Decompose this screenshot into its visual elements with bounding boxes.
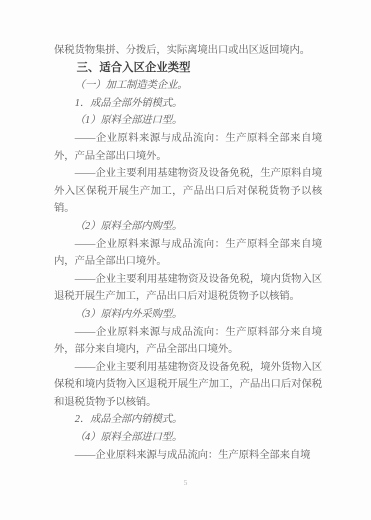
paragraph: （2）原料全部内购型。 xyxy=(54,218,322,236)
paragraph: 保税货物集拼、分拨后，实际离境出口或出区返回境内。 xyxy=(54,42,322,60)
paragraph: ——企业原料来源与成品流向：生产原料部分来自境外，部分来自境内，产品全部出口境外… xyxy=(54,324,322,359)
paragraph: ——企业主要利用基建物资及设备免税，生产原料自境外入区保税开展生产加工，产品出口… xyxy=(54,165,322,218)
page-number: 5 xyxy=(184,478,188,487)
paragraph: 2．成品全部内销模式。 xyxy=(54,411,322,429)
paragraph: （1）原料全部进口型。 xyxy=(54,112,322,130)
paragraph: （4）原料全部进口型。 xyxy=(54,429,322,447)
paragraph: 1．成品全部外销模式。 xyxy=(54,95,322,113)
page-footer: 5 xyxy=(0,478,371,487)
document-text: 保税货物集拼、分拨后，实际离境出口或出区返回境内。三、适合入区企业类型（一）加工… xyxy=(54,42,322,464)
document-page: 保税货物集拼、分拨后，实际离境出口或出区返回境内。三、适合入区企业类型（一）加工… xyxy=(0,0,371,520)
paragraph: ——企业主要利用基建物资及设备免税，境内货物入区退税开展生产加工，产品出口后对退… xyxy=(54,271,322,306)
paragraph: （一）加工制造类企业。 xyxy=(54,77,322,95)
paragraph: ——企业原料来源与成品流向：生产原料全部来自境 xyxy=(54,447,322,465)
paragraph: ——企业原料来源与成品流向：生产原料全部来自境内，产品全部出口境外。 xyxy=(54,236,322,271)
paragraph: ——企业原料来源与成品流向：生产原料全部来自境外，产品全部出口境外。 xyxy=(54,130,322,165)
paragraph: （3）原料内外采购型。 xyxy=(54,306,322,324)
paragraph: ——企业主要利用基建物资及设备免税，境外货物入区保税和境内货物入区退税开展生产加… xyxy=(54,359,322,412)
section-heading: 三、适合入区企业类型 xyxy=(54,60,322,78)
